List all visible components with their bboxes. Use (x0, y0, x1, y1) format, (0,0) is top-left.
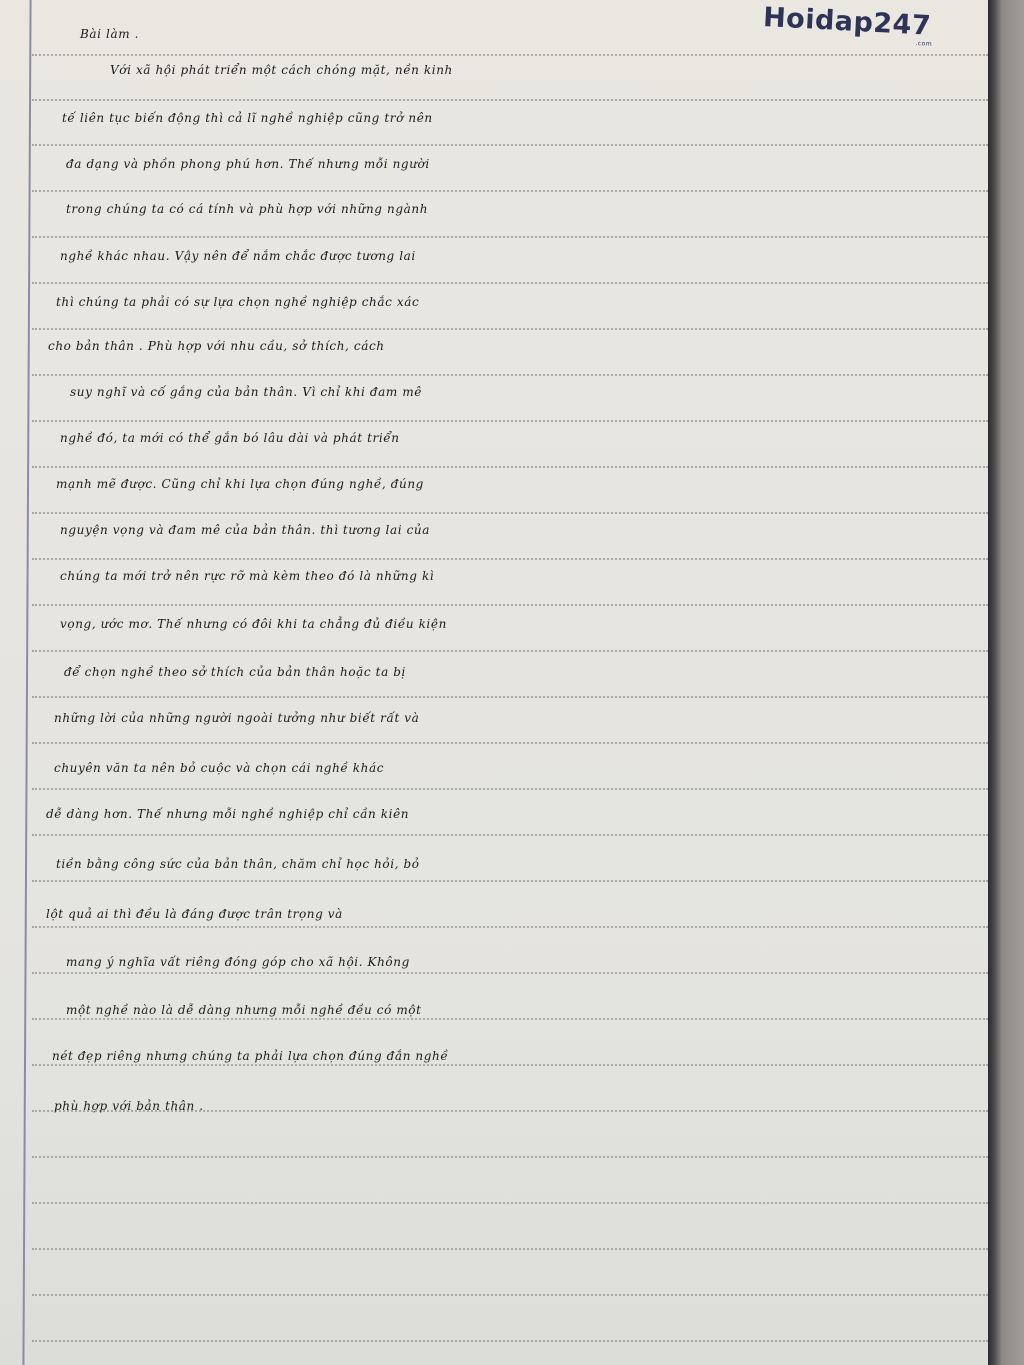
ruled-line (32, 1064, 988, 1066)
ruled-line (32, 282, 988, 284)
essay-line: để chọn nghề theo sở thích của bản thân … (64, 666, 958, 678)
ruled-line (32, 466, 988, 468)
essay-line: tiền bằng công sức của bản thân, chăm ch… (56, 858, 958, 870)
essay-line: vọng, ước mơ. Thế nhưng có đôi khi ta ch… (60, 618, 958, 630)
essay-line: trong chúng ta có cá tính và phù hợp với… (66, 203, 958, 215)
ruled-line (32, 374, 988, 376)
ruled-line (32, 1018, 988, 1020)
essay-line: tế liên tục biến động thì cả lĩ nghề ngh… (62, 112, 958, 124)
essay-line: thì chúng ta phải có sự lựa chọn nghề ng… (56, 296, 958, 308)
ruled-line (32, 696, 988, 698)
ruled-line (32, 512, 988, 514)
ruled-line (32, 834, 988, 836)
essay-line: mang ý nghĩa vất riêng đóng góp cho xã h… (66, 956, 958, 968)
ruled-line (32, 558, 988, 560)
ruled-line (32, 1294, 988, 1296)
essay-line: cho bản thân . Phù hợp với nhu cầu, sở t… (48, 340, 958, 352)
essay-line: nguyện vọng và đam mê của bản thân. thì … (60, 524, 958, 536)
ruled-line (32, 144, 988, 146)
essay-line: phù hợp với bản thân . (54, 1100, 958, 1112)
notebook-edge (988, 0, 1024, 1365)
essay-line: lột quả ai thì đều là đáng được trân trọ… (46, 908, 958, 920)
essay-line: suy nghĩ và cố gắng của bản thân. Vì chỉ… (70, 386, 958, 398)
essay-line: một nghề nào là dễ dàng nhưng mỗi nghề đ… (66, 1004, 958, 1016)
margin-line (22, 0, 31, 1365)
ruled-line (32, 190, 988, 192)
ruled-line (32, 972, 988, 974)
ruled-line (32, 1340, 988, 1342)
ruled-line (32, 926, 988, 928)
ruled-line (32, 54, 988, 56)
ruled-line (32, 1156, 988, 1158)
essay-line: Với xã hội phát triển một cách chóng mặt… (110, 64, 958, 76)
ruled-line (32, 788, 988, 790)
essay-line: nét đẹp riêng nhưng chúng ta phải lựa ch… (52, 1050, 958, 1062)
ruled-line (32, 1202, 988, 1204)
essay-line: chúng ta mới trở nên rực rỡ mà kèm theo … (60, 570, 958, 582)
essay-line: dễ dàng hơn. Thế nhưng mỗi nghề nghiệp c… (46, 808, 958, 820)
ruled-line (32, 880, 988, 882)
ruled-line (32, 604, 988, 606)
watermark-suffix: .com (915, 40, 932, 48)
ruled-line (32, 1248, 988, 1250)
essay-heading: Bài làm . (80, 28, 958, 40)
essay-line: nghề đó, ta mới có thể gắn bó lâu dài và… (60, 432, 958, 444)
essay-line: nghề khác nhau. Vậy nên để nắm chắc được… (60, 250, 958, 262)
essay-line: chuyên văn ta nên bỏ cuộc và chọn cái ng… (54, 762, 958, 774)
essay-line: đa dạng và phồn phong phú hơn. Thế nhưng… (66, 158, 958, 170)
ruled-line (32, 99, 988, 101)
notebook-page: Hoidap247 .com Bài làm . Với xã hội phát… (0, 0, 988, 1365)
ruled-line (32, 236, 988, 238)
ruled-line (32, 328, 988, 330)
ruled-line (32, 650, 988, 652)
ruled-line (32, 420, 988, 422)
essay-line: những lời của những người ngoài tưởng nh… (54, 712, 958, 724)
essay-line: mạnh mẽ được. Cũng chỉ khi lựa chọn đúng… (56, 478, 958, 490)
ruled-line (32, 742, 988, 744)
